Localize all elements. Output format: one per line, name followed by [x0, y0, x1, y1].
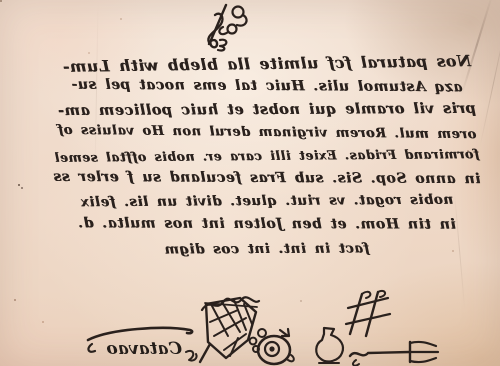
- manuscript-line: fact in int. int cos digm: [52, 237, 482, 262]
- paper-crease: [479, 19, 500, 146]
- manuscript-line: pris vil oramle qui nobst et huic pollic…: [52, 97, 482, 122]
- manuscript-line: in tin Hom. et ben Jolten int nos multa.…: [52, 212, 482, 237]
- signature-text: Catavao: [106, 339, 182, 359]
- manuscript-text-block: Nos patural fcf ulmite lla blebb with Lu…: [52, 52, 482, 261]
- signature-scrawl: Catavao: [82, 318, 200, 364]
- manuscript-line: formirand Fridas. Exiet illi cara er. no…: [52, 142, 482, 169]
- crossed-hash-marks: [342, 288, 398, 340]
- manuscript-photo: Nos patural fcf ulmite lla blebb with Lu…: [0, 0, 500, 366]
- trident-doodle: [348, 338, 444, 366]
- sigil-monogram-icon: [196, 2, 258, 52]
- manuscript-line: nobis rogat. vs riut. qluet. divit un li…: [52, 188, 482, 214]
- manuscript-line: azq Astumol ulis. Huic tal ems nocat pel…: [52, 73, 482, 99]
- ink-specks: [0, 0, 2, 2]
- manuscript-line: in anno Sop. Sis. sub Fras feculand su f…: [52, 166, 482, 191]
- face-circle-doodle: [248, 324, 302, 366]
